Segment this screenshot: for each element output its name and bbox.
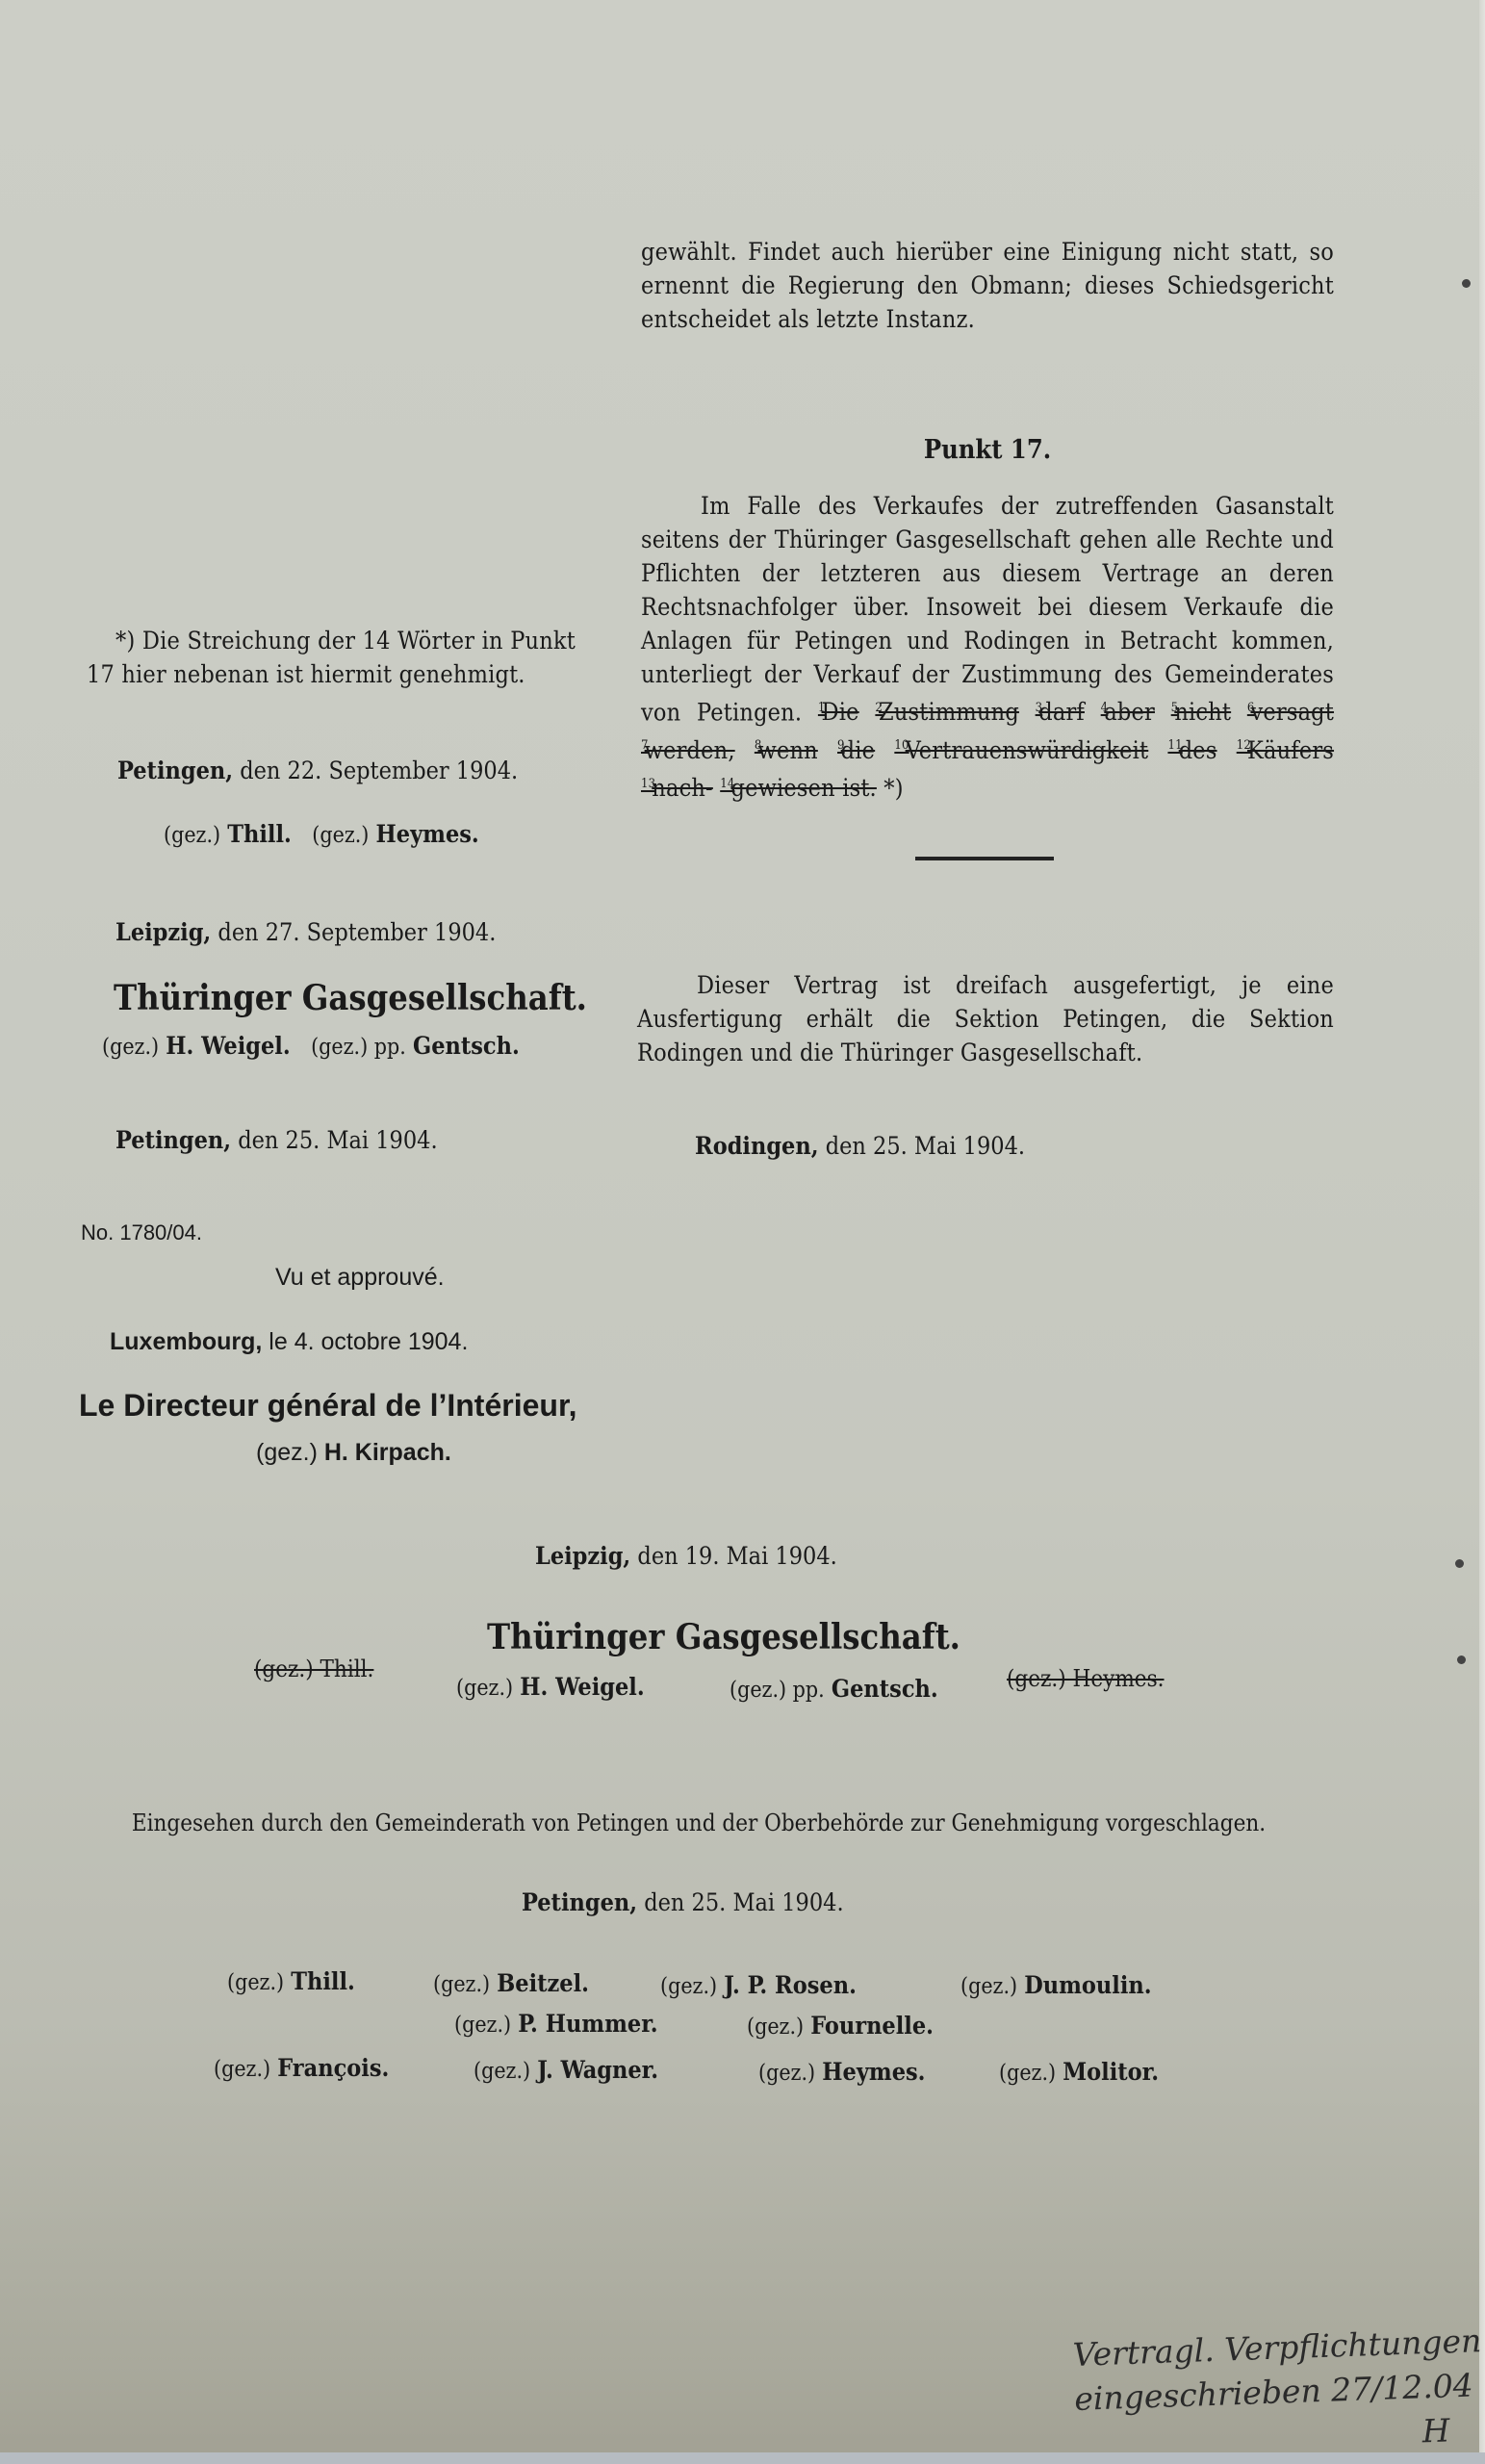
luxembourg-place-date: Luxembourg, le 4. octobre 1904. — [110, 1328, 468, 1356]
director-title: Le Directeur général de l’Intérieur, — [79, 1388, 577, 1424]
petingen-council-date: Petingen, den 25. Mai 1904. — [522, 1888, 844, 1916]
struck-signature-thill: (gez.) Thill. — [254, 1655, 373, 1682]
gentsch-signature: (gez.) pp. Gentsch. — [730, 1675, 938, 1703]
struck-word: 10Vertrauenswürdigkeit — [894, 736, 1148, 764]
council-signer: (gez.) P. Hummer. — [454, 2010, 658, 2038]
petingen-signatures: (gez.) Thill. (gez.) Heymes. — [164, 820, 479, 848]
director-signature: (gez.) H. Kirpach. — [256, 1439, 451, 1467]
page-edge-right — [1479, 0, 1485, 2464]
footnote-approval: *) Die Streichung der 14 Wörter in Punkt… — [87, 624, 576, 691]
section-heading: Punkt 17. — [641, 435, 1334, 465]
struck-word: 5nicht — [1171, 698, 1231, 726]
petingen-sept-date: Petingen, den 22. September 1904. — [117, 757, 518, 784]
council-signer: (gez.) François. — [214, 2054, 389, 2082]
struck-signature-heymes: (gez.) Heymes. — [1007, 1665, 1165, 1692]
council-signer: (gez.) J. Wagner. — [474, 2056, 658, 2084]
struck-word: 9die — [837, 736, 875, 764]
footnote-marker: *) — [883, 774, 903, 802]
section-17-body: Im Falle des Verkaufes der zutreffenden … — [641, 492, 1334, 726]
council-signer: (gez.) J. P. Rosen. — [660, 1971, 857, 1999]
clause-continuation: gewählt. Findet auch hierüber eine Einig… — [641, 235, 1334, 336]
approval-statement: Vu et approuvé. — [275, 1264, 445, 1292]
punch-hole-mark — [1457, 1655, 1466, 1664]
struck-word: 7werden, — [641, 736, 735, 764]
council-signer: (gez.) Molitor. — [999, 2058, 1159, 2086]
punch-hole-mark — [1455, 1559, 1464, 1568]
rodingen-place-date: Rodingen, den 25. Mai 1904. — [695, 1132, 1025, 1160]
company-name: Thüringer Gasgesellschaft. — [114, 978, 587, 1018]
struck-word: 12Käufers — [1237, 736, 1334, 764]
council-signer: (gez.) Beitzel. — [433, 1969, 589, 1997]
council-signer: (gez.) Fournelle. — [747, 2012, 934, 2040]
struck-word: 3darf — [1036, 698, 1085, 726]
leipzig-may-date: Leipzig, den 19. Mai 1904. — [535, 1542, 837, 1570]
copies-statement: Dieser Vertrag ist dreifach ausgefertigt… — [637, 968, 1334, 1069]
struck-word: 1Die — [818, 698, 859, 726]
company-signatures: (gez.) H. Weigel. (gez.) pp. Gentsch. — [102, 1032, 520, 1060]
struck-word: 8wenn — [755, 736, 818, 764]
section-divider — [915, 857, 1054, 860]
handwritten-note: Vertragl. Verpflichtungen eingeschrieben… — [1072, 2319, 1485, 2464]
leipzig-sept-date: Leipzig, den 27. September 1904. — [115, 918, 496, 946]
company-name-2: Thüringer Gasgesellschaft. — [487, 1617, 960, 1657]
struck-word: 14gewiesen ist. — [720, 774, 877, 802]
struck-word: 13nach- — [641, 774, 713, 802]
council-signer: (gez.) Thill. — [227, 1967, 355, 1995]
struck-word: 6versagt — [1247, 698, 1334, 726]
section-17-text: Im Falle des Verkaufes der zutreffenden … — [641, 489, 1334, 805]
struck-word: 2Zustimmung — [875, 698, 1019, 726]
punch-hole-mark — [1462, 279, 1471, 288]
struck-word: 11des — [1167, 736, 1216, 764]
weigel-signature: (gez.) H. Weigel. — [456, 1673, 645, 1701]
approval-number: No. 1780/04. — [81, 1220, 202, 1245]
council-signer: (gez.) Heymes. — [758, 2058, 926, 2086]
petingen-may-date: Petingen, den 25. Mai 1904. — [115, 1126, 438, 1154]
struck-word: 4aber — [1101, 698, 1155, 726]
council-statement: Eingesehen durch den Gemeinderath von Pe… — [64, 1809, 1334, 1836]
council-signer: (gez.) Dumoulin. — [960, 1971, 1152, 1999]
